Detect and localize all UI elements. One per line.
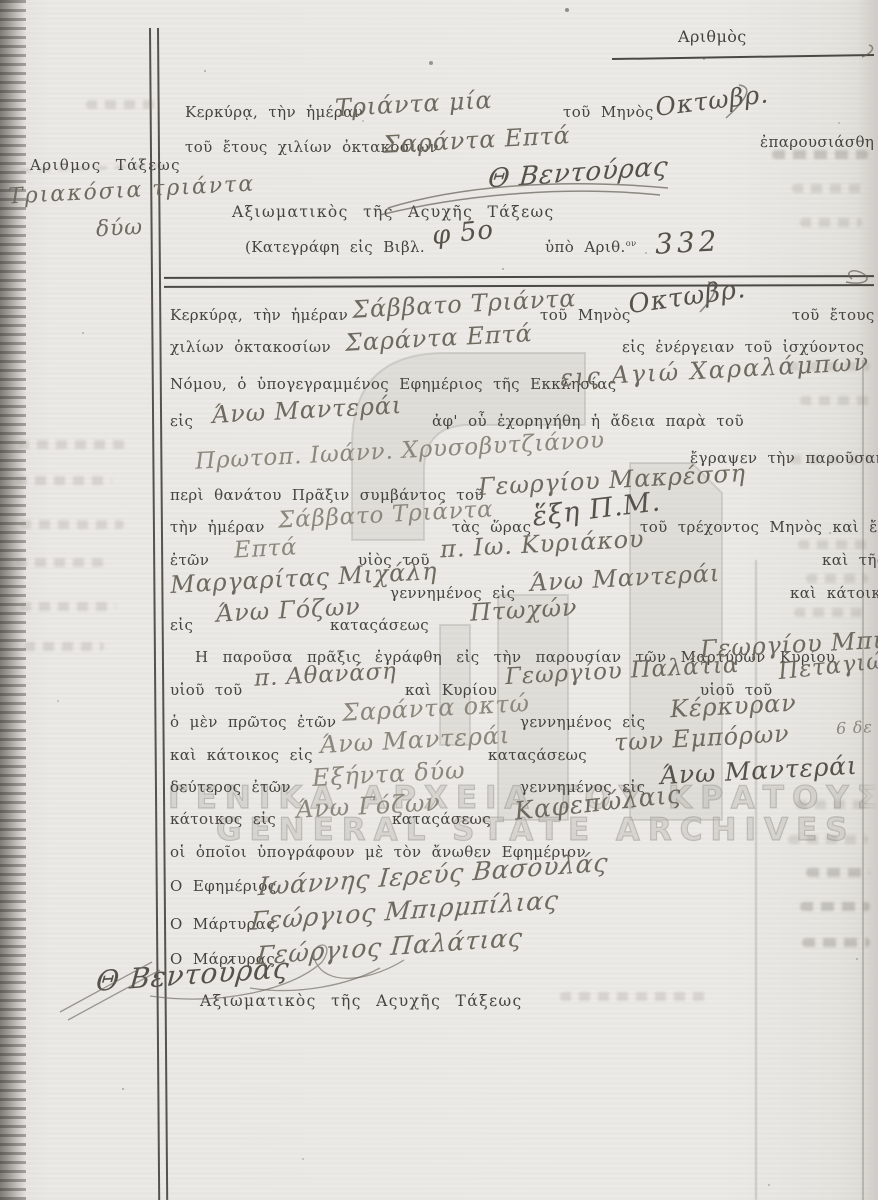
registration-book-label: (Κατεγράφη εἰς Βιβλ. [245, 238, 425, 256]
registration-number-label-text: ὑπὸ Αριθ. [545, 238, 626, 256]
bleed-through-text [18, 440, 128, 449]
bleed-through-text [802, 938, 870, 947]
bleed-through-text [794, 608, 868, 617]
record-age-handwritten: Επτά [233, 534, 298, 563]
bleed-through-text [16, 476, 112, 485]
record-age-label: ἐτῶν [170, 551, 209, 569]
bleed-through-text [800, 396, 870, 405]
official-signature: Θ Βεντούρας [95, 951, 291, 998]
record-year-label-1: τοῦ ἔτους [792, 306, 875, 324]
footer-officer-title: Αξιωματικὸς τῆς Αςυχῆς Τάξεως [200, 992, 523, 1010]
record-and-of-label: καὶ τῆς [822, 551, 878, 569]
header-separator-rule [164, 275, 874, 288]
registration-number-label: ὑπὸ Αριθ.ον [545, 238, 637, 256]
header-officer-title: Αξιωματικὸς τῆς Αςυχῆς Τάξεως [232, 203, 555, 221]
margin-note-handwritten: 6 δε [836, 717, 874, 738]
record-status-handwritten: Πτωχών [469, 593, 578, 627]
header-month-label: τοῦ Μηνὸς [563, 103, 654, 121]
bleed-through-text [560, 992, 710, 1001]
book-binding-edge [0, 0, 26, 1200]
registration-number-handwritten: 332 [654, 224, 721, 260]
header-presented-label: ἐπαρουσιάσθη [760, 133, 874, 151]
record-witness2-residence-label: κάτοικος εἰς [170, 810, 276, 828]
record-residence-at-label: εἰς [170, 616, 193, 634]
record-status-label: καταςάσεως [330, 616, 429, 634]
record-witness2-status-label: καταςάσεως [392, 810, 491, 828]
record-witness1-age-label: ὁ μὲν πρῶτος ἐτῶν [170, 713, 336, 731]
record-priest-church-label: Νόμου, ὁ ὑπογεγραμμένος Εφημέριος τῆς Εκ… [170, 375, 617, 393]
bleed-through-text [20, 520, 124, 529]
bleed-through-text [796, 800, 868, 809]
header-month-handwritten: Οκτωβρ. [654, 79, 770, 122]
record-witness1-birthplace-handwritten: Κέρκυραν [669, 689, 797, 724]
record-place-day-label: Κερκύρᾳ, τὴν ἡμέραν [170, 306, 348, 324]
record-current-month-label: τοῦ τρέχοντος Μηνὸς καὶ ἔτους [640, 518, 878, 536]
header-official-signature: Θ Βεντούρας [487, 152, 670, 195]
registry-margin-label: Αριθμος Τάξεως [30, 156, 181, 174]
bleed-through-text [788, 835, 868, 844]
scanned-death-record-page: ΓΕΝΙΚΑ ΑΡΧΕΙΑ ΤΟΥ ΚΡΑΤΟΥΣ GENERAL STATE … [0, 0, 878, 1200]
margin-number-handwritten-2: δύω [95, 215, 143, 242]
bleed-through-text [772, 150, 868, 159]
header-day-handwritten: Τριάντα μία [334, 86, 493, 122]
number-underline-rule [612, 54, 874, 60]
bleed-through-text [16, 558, 104, 567]
record-month-label: τοῦ Μηνὸς [540, 306, 631, 324]
record-witness1-status-label: καταςάσεως [488, 746, 587, 764]
record-death-day-label: τὴν ἡμέραν [170, 518, 265, 536]
bleed-through-text [806, 868, 870, 877]
record-church-place-label: εἰς [170, 412, 193, 430]
column-rule [149, 28, 168, 1200]
bleed-through-text [86, 100, 156, 109]
record-witness1-residence-label: καὶ κάτοικος εἰς [170, 746, 313, 764]
margin-number-handwritten: Τριακόσια τριάντα [8, 172, 256, 210]
record-witness1-father-label: υἱοῦ τοῦ [170, 681, 243, 699]
page-number-label: Αριθμὸς [678, 27, 747, 46]
paper-specks [0, 0, 2, 2]
registration-number-label-sup: ον [626, 238, 637, 248]
bleed-through-text [800, 902, 870, 911]
record-witness2-age-label: δεύτερος ἐτῶν [170, 778, 291, 796]
registration-book-handwritten: φ 5ο [431, 215, 496, 251]
record-resident-label: καὶ κάτοικος [790, 584, 878, 602]
bleed-through-text [24, 642, 104, 651]
bleed-through-text [792, 184, 868, 193]
bleed-through-text [806, 574, 868, 583]
paper-edge-line [862, 360, 864, 1200]
header-year-handwritten: Σαράντα Επτά [382, 121, 571, 159]
bleed-through-text [20, 602, 116, 611]
record-year-label-2: χιλίων ὀκτακοσίων [170, 338, 331, 356]
bleed-through-text [800, 218, 862, 227]
bleed-through-text [798, 540, 870, 549]
